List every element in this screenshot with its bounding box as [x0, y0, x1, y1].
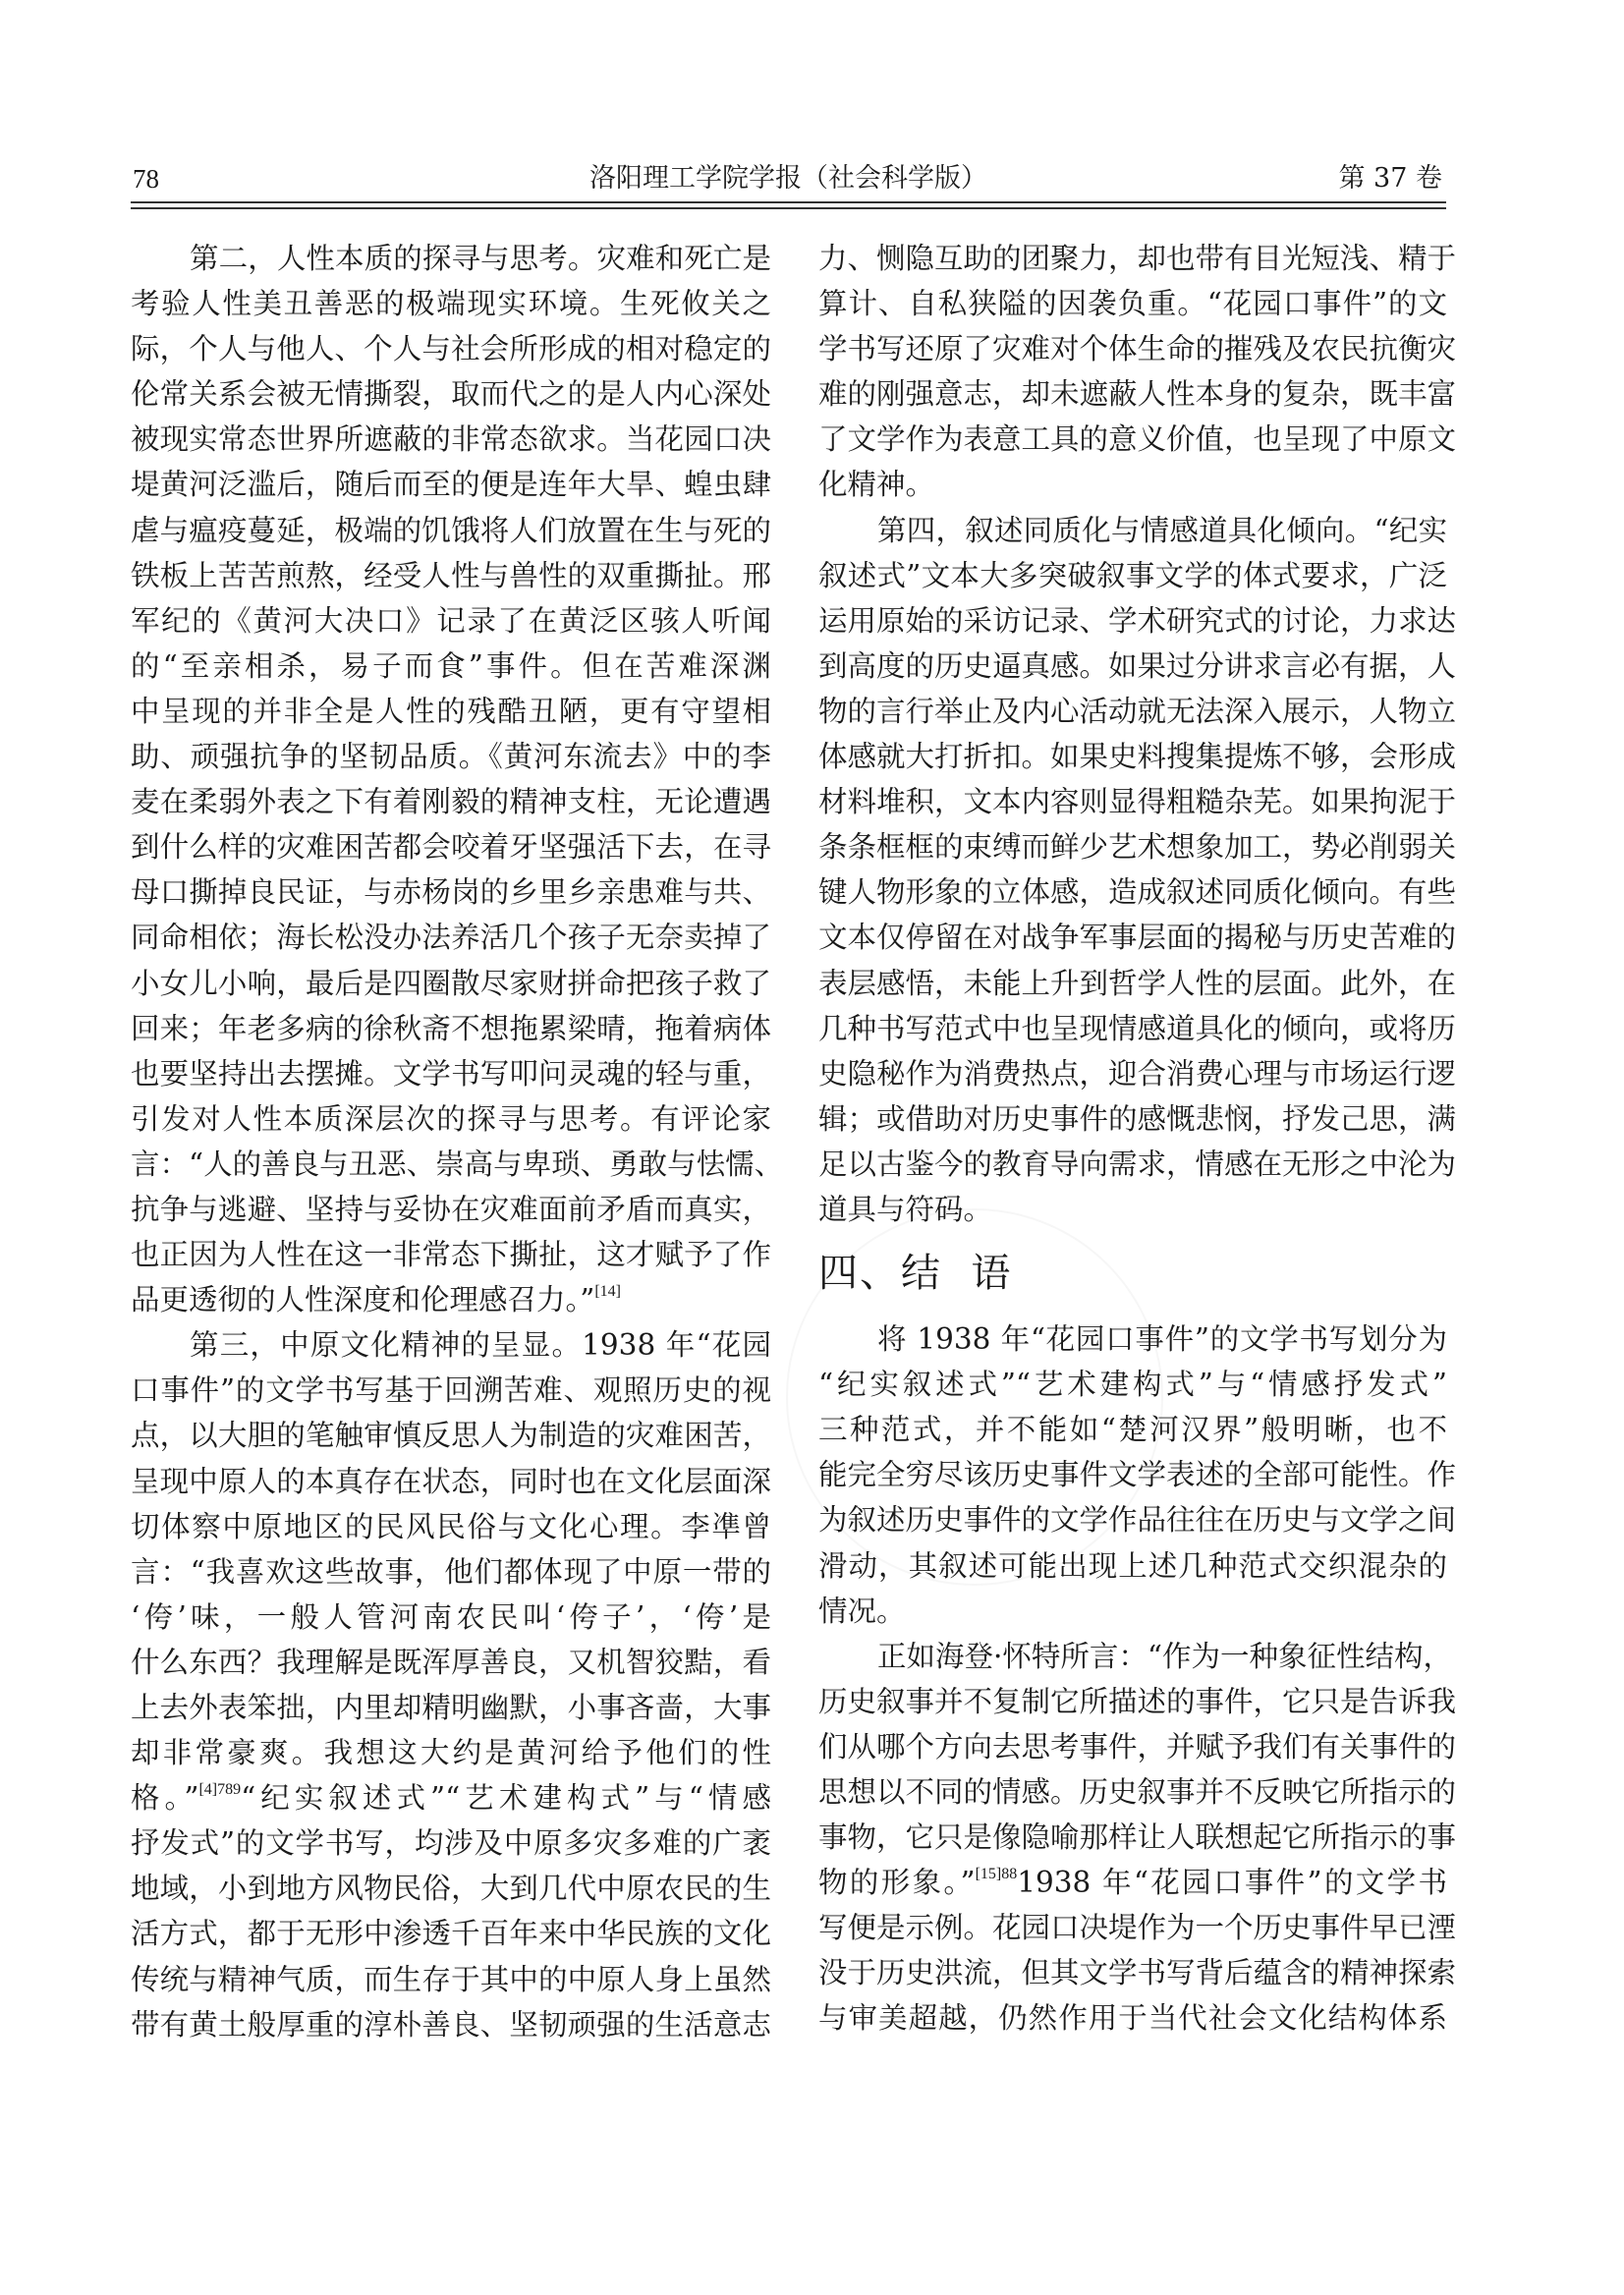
journal-title: 洛阳理工学院学报（社会科学版）: [131, 159, 1446, 198]
line-text: 点，以大胆的笔触审慎反思人为制造的灾难困苦，: [131, 1419, 771, 1452]
line-text: 第四，叙述同质化与情感道具化倾向。“纪实: [877, 514, 1447, 547]
text-line: 滑动，其叙述可能出现上述几种范式交织混杂的: [818, 1543, 1447, 1589]
line-text: 军纪的《黄河大决口》记录了在黄泛区骇人听闻: [131, 604, 771, 638]
line-text: 运用原始的采访记录、学术研究式的讨论，力求达: [818, 604, 1456, 638]
line-text: 情况。: [818, 1595, 906, 1628]
right-column-body-before-heading: 力、恻隐互助的团聚力，却也带有目光短浅、精于算计、自私狭隘的因袭负重。“花园口事…: [818, 236, 1447, 1232]
line-text: 传统与精神气质，而生存于其中的中原人身上虽然: [131, 1963, 771, 1996]
text-line: 虐与瘟疫蔓延，极端的饥饿将人们放置在生与死的: [131, 508, 771, 553]
line-text: 第二，人性本质的探寻与思考。灾难和死亡是: [190, 242, 771, 275]
text-line: 活方式，都于无形中渗透千百年来中华民族的文化: [131, 1911, 771, 1956]
line-text: 将 1938 年“花园口事件”的文学书写划分为: [877, 1322, 1447, 1356]
line-text: 抒发式”的文学书写，均涉及中原多灾多难的广袤: [131, 1826, 771, 1860]
line-text: 什么东西？我理解是既浑厚善良，又机智狡黠，看: [131, 1646, 771, 1679]
text-line: 小女儿小响，最后是四圈散尽家财拼命把孩子救了: [131, 961, 771, 1006]
line-text: 表层感悟，未能上升到哲学人性的层面。此外，在: [818, 967, 1456, 1000]
text-line: 体感就大打折扣。如果史料搜集提炼不够，会形成: [818, 734, 1447, 779]
line-text: 与审美超越，仍然作用于当代社会文化结构体系: [818, 2001, 1447, 2035]
line-text: 正如海登·怀特所言：“作为一种象征性结构，: [877, 1640, 1452, 1673]
line-text: 品更透彻的人性深度和伦理感召力。”: [131, 1283, 594, 1316]
text-line: 中呈现的并非全是人性的残酷丑陋，更有守望相: [131, 689, 771, 734]
line-text: 到什么样的灾难困苦都会咬着牙坚强活下去，在寻: [131, 830, 771, 864]
line-text: 同命相依；海长松没办法养活几个孩子无奈卖掉了: [131, 921, 771, 954]
line-text-after-citation: 1938 年“花园口事件”的文学书: [1017, 1866, 1447, 1899]
line-text: 地域，小到地方风物民俗，大到几代中原农民的生: [131, 1872, 771, 1905]
text-line: 思想以不同的情感。历史叙事并不反映它所指示的: [818, 1769, 1447, 1815]
text-line: 考验人性美丑善恶的极端现实环境。生死攸关之: [131, 281, 771, 326]
text-line: 回来；年老多病的徐秋斋不想拖累梁晴，拖着病体: [131, 1006, 771, 1051]
text-line: 足以古鉴今的教育导向需求，情感在无形之中沦为: [818, 1142, 1447, 1187]
citation-marker: [4]789: [198, 1781, 241, 1798]
text-line: 表层感悟，未能上升到哲学人性的层面。此外，在: [818, 961, 1447, 1006]
line-text: 算计、自私狭隘的因袭负重。“花园口事件”的文: [818, 287, 1447, 320]
text-line: 史隐秘作为消费热点，迎合消费心理与市场运行逻: [818, 1051, 1447, 1096]
line-text: 物的言行举止及内心活动就无法深入展示，人物立: [818, 695, 1456, 728]
line-text: ‘侉’味，一般人管河南农民叫‘侉子’，‘侉’是: [131, 1600, 771, 1634]
text-line: 被现实常态世界所遮蔽的非常态欲求。当花园口决: [131, 417, 771, 462]
line-text: 也正因为人性在这一非常态下撕扯，这才赋予了作: [131, 1238, 771, 1271]
text-line: 难的刚强意志，却未遮蔽人性本身的复杂，既丰富: [818, 371, 1447, 417]
text-line: ‘侉’味，一般人管河南农民叫‘侉子’，‘侉’是: [131, 1595, 771, 1640]
text-line: 言：“我喜欢这些故事，他们都体现了中原一带的: [131, 1549, 771, 1595]
text-line: 写便是示例。花园口决堤作为一个历史事件早已湮: [818, 1905, 1447, 1950]
text-line: 情况。: [818, 1589, 1447, 1634]
line-text: 际，个人与他人、个人与社会所形成的相对稳定的: [131, 332, 771, 365]
text-line: 麦在柔弱外表之下有着刚毅的精神支柱，无论遭遇: [131, 779, 771, 824]
header-rule-top: [131, 201, 1446, 203]
text-line: 到什么样的灾难困苦都会咬着牙坚强活下去，在寻: [131, 824, 771, 869]
line-text: 言：“人的善良与丑恶、崇高与卑琐、勇敢与怯懦、: [131, 1147, 783, 1181]
text-line: 道具与符码。: [818, 1187, 1447, 1232]
text-line: 们从哪个方向去思考事件，并赋予我们有关事件的: [818, 1724, 1447, 1769]
text-line: 也要坚持出去摆摊。文学书写叩问灵魂的轻与重，: [131, 1051, 771, 1096]
line-text-after-citation: “纪实叙述式”“艺术建构式”与“情感: [241, 1781, 771, 1815]
text-line: 铁板上苦苦煎熬，经受人性与兽性的双重撕扯。邢: [131, 553, 771, 598]
text-line: 的“至亲相杀，易子而食”事件。但在苦难深渊: [131, 644, 771, 689]
line-text: 材料堆积，文本内容则显得粗糙杂芜。如果拘泥于: [818, 785, 1456, 818]
text-line: 了文学作为表意工具的意义价值，也呈现了中原文: [818, 417, 1447, 462]
line-text: 的“至亲相杀，易子而食”事件。但在苦难深渊: [131, 649, 771, 683]
text-line: 力、恻隐互助的团聚力，却也带有目光短浅、精于: [818, 236, 1447, 281]
line-text: 难的刚强意志，却未遮蔽人性本身的复杂，既丰富: [818, 377, 1456, 411]
line-text: 小女儿小响，最后是四圈散尽家财拼命把孩子救了: [131, 967, 771, 1000]
text-line: 为叙述历史事件的文学作品往往在历史与文学之间: [818, 1497, 1447, 1542]
line-text: 回来；年老多病的徐秋斋不想拖累梁晴，拖着病体: [131, 1012, 771, 1045]
text-line: 历史叙事并不复制它所描述的事件，它只是告诉我: [818, 1679, 1447, 1724]
text-line: 抒发式”的文学书写，均涉及中原多灾多难的广袤: [131, 1820, 771, 1866]
text-line: 学书写还原了灾难对个体生命的摧残及农民抗衡灾: [818, 326, 1447, 371]
text-line: 母口撕掉良民证，与赤杨岗的乡里乡亲患难与共、: [131, 869, 771, 915]
text-line: 物的形象。”[15]881938 年“花园口事件”的文学书: [818, 1860, 1447, 1905]
text-line: 品更透彻的人性深度和伦理感召力。”[14]: [131, 1277, 771, 1322]
line-text: 了文学作为表意工具的意义价值，也呈现了中原文: [818, 422, 1456, 456]
text-line: 几种书写范式中也呈现情感道具化的倾向，或将历: [818, 1006, 1447, 1051]
line-text: 言：“我喜欢这些故事，他们都体现了中原一带的: [131, 1555, 771, 1589]
line-text: 口事件”的文学书写基于回溯苦难、观照历史的视: [131, 1373, 771, 1407]
line-text: 引发对人性本质深层次的探寻与思考。有评论家: [131, 1102, 771, 1136]
line-text: 伦常关系会被无情撕裂，取而代之的是人内心深处: [131, 377, 771, 411]
line-text: 叙述式”文本大多突破叙事文学的体式要求，广泛: [818, 559, 1447, 592]
text-line: 事物，它只是像隐喻那样让人联想起它所指示的事: [818, 1815, 1447, 1860]
text-line: 也正因为人性在这一非常态下撕扯，这才赋予了作: [131, 1232, 771, 1277]
line-text: 考验人性美丑善恶的极端现实环境。生死攸关之: [131, 287, 771, 320]
line-text: 历史叙事并不复制它所描述的事件，它只是告诉我: [818, 1685, 1456, 1718]
line-text: 母口撕掉良民证，与赤杨岗的乡里乡亲患难与共、: [131, 875, 771, 909]
left-column: 第二，人性本质的探寻与思考。灾难和死亡是考验人性美丑善恶的极端现实环境。生死攸关…: [131, 236, 771, 2047]
line-text: 文本仅停留在对战争军事层面的揭秘与历史苦难的: [818, 921, 1456, 954]
text-line: “纪实叙述式”“艺术建构式”与“情感抒发式”: [818, 1362, 1447, 1407]
text-line: 辑；或借助对历史事件的感慨悲悯，抒发己思，满: [818, 1096, 1447, 1142]
text-line: 地域，小到地方风物民俗，大到几代中原农民的生: [131, 1866, 771, 1911]
line-text: 几种书写范式中也呈现情感道具化的倾向，或将历: [818, 1012, 1456, 1045]
text-line: 与审美超越，仍然作用于当代社会文化结构体系: [818, 1995, 1447, 2041]
line-text: 上去外表笨拙，内里却精明幽默，小事吝啬，大事: [131, 1691, 771, 1724]
text-line: 物的言行举止及内心活动就无法深入展示，人物立: [818, 689, 1447, 734]
text-line: 切体察中原地区的民风民俗与文化心理。李凖曾: [131, 1504, 771, 1549]
line-text: 抗争与逃避、坚持与妥协在灾难面前矛盾而真实，: [131, 1193, 771, 1226]
line-text: 键人物形象的立体感，造成叙述同质化倾向。有些: [818, 875, 1456, 909]
text-line: 能完全穷尽该历史事件文学表述的全部可能性。作: [818, 1452, 1447, 1497]
line-text: 体感就大打折扣。如果史料搜集提炼不够，会形成: [818, 740, 1456, 773]
line-text: 带有黄土般厚重的淳朴善良、坚韧顽强的生活意志: [131, 2008, 771, 2042]
line-text: 事物，它只是像隐喻那样让人联想起它所指示的事: [818, 1820, 1456, 1854]
text-line: 第二，人性本质的探寻与思考。灾难和死亡是: [131, 236, 771, 281]
line-text: 足以古鉴今的教育导向需求，情感在无形之中沦为: [818, 1147, 1456, 1181]
line-text: 辑；或借助对历史事件的感慨悲悯，抒发己思，满: [818, 1102, 1456, 1136]
text-line: 带有黄土般厚重的淳朴善良、坚韧顽强的生活意志: [131, 2002, 771, 2047]
text-line: 引发对人性本质深层次的探寻与思考。有评论家: [131, 1096, 771, 1142]
line-text: 滑动，其叙述可能出现上述几种范式交织混杂的: [818, 1549, 1447, 1583]
text-line: 键人物形象的立体感，造成叙述同质化倾向。有些: [818, 869, 1447, 915]
text-line: 堤黄河泛滥后，随后而至的便是连年大旱、蝗虫肆: [131, 462, 771, 507]
text-line: 点，以大胆的笔触审慎反思人为制造的灾难困苦，: [131, 1413, 771, 1458]
line-text: 物的形象。”: [818, 1866, 976, 1899]
text-line: 文本仅停留在对战争军事层面的揭秘与历史苦难的: [818, 915, 1447, 960]
line-text: 却非常豪爽。我想这大约是黄河给予他们的性: [131, 1736, 771, 1769]
line-text: 们从哪个方向去思考事件，并赋予我们有关事件的: [818, 1730, 1456, 1763]
text-line: 呈现中原人的本真存在状态，同时也在文化层面深: [131, 1459, 771, 1504]
line-text: “纪实叙述式”“艺术建构式”与“情感抒发式”: [818, 1368, 1447, 1401]
text-line: 叙述式”文本大多突破叙事文学的体式要求，广泛: [818, 553, 1447, 598]
line-text: 也要坚持出去摆摊。文学书写叩问灵魂的轻与重，: [131, 1057, 771, 1091]
citation-marker: [14]: [594, 1283, 621, 1300]
header-rule-bottom: [131, 207, 1446, 209]
line-text: 切体察中原地区的民风民俗与文化心理。李凖曾: [131, 1510, 771, 1543]
text-line: 第三，中原文化精神的呈显。1938 年“花园: [131, 1322, 771, 1368]
text-line: 到高度的历史逼真感。如果过分讲求言必有据，人: [818, 644, 1447, 689]
line-text: 活方式，都于无形中渗透千百年来中华民族的文化: [131, 1917, 771, 1950]
line-text: 化精神。: [818, 468, 934, 501]
running-header: 78 洛阳理工学院学报（社会科学版） 第 37 卷: [131, 159, 1446, 198]
text-line: 材料堆积，文本内容则显得粗糙杂芜。如果拘泥于: [818, 779, 1447, 824]
text-line: 抗争与逃避、坚持与妥协在灾难面前矛盾而真实，: [131, 1187, 771, 1232]
line-text: 呈现中原人的本真存在状态，同时也在文化层面深: [131, 1465, 771, 1498]
section-heading: 四、结 语: [818, 1254, 1447, 1293]
right-column: 力、恻隐互助的团聚力，却也带有目光短浅、精于算计、自私狭隘的因袭负重。“花园口事…: [818, 236, 1447, 2042]
line-text: 第三，中原文化精神的呈显。1938 年“花园: [190, 1328, 771, 1362]
text-line: 格。”[4]789“纪实叙述式”“艺术建构式”与“情感: [131, 1775, 771, 1820]
text-line: 第四，叙述同质化与情感道具化倾向。“纪实: [818, 508, 1447, 553]
text-line: 正如海登·怀特所言：“作为一种象征性结构，: [818, 1634, 1447, 1679]
line-text: 思想以不同的情感。历史叙事并不反映它所指示的: [818, 1775, 1456, 1809]
line-text: 史隐秘作为消费热点，迎合消费心理与市场运行逻: [818, 1057, 1456, 1091]
text-line: 运用原始的采访记录、学术研究式的讨论，力求达: [818, 598, 1447, 644]
line-text: 三种范式，并不能如“楚河汉界”般明晰，也不: [818, 1413, 1447, 1446]
line-text: 没于历史洪流，但其文学书写背后蕴含的精神探索: [818, 1956, 1456, 1989]
line-text: 能完全穷尽该历史事件文学表述的全部可能性。作: [818, 1458, 1456, 1491]
citation-marker: [15]88: [976, 1866, 1018, 1882]
text-line: 军纪的《黄河大决口》记录了在黄泛区骇人听闻: [131, 598, 771, 644]
text-line: 算计、自私狭隘的因袭负重。“花园口事件”的文: [818, 281, 1447, 326]
text-line: 伦常关系会被无情撕裂，取而代之的是人内心深处: [131, 371, 771, 417]
line-text: 麦在柔弱外表之下有着刚毅的精神支柱，无论遭遇: [131, 785, 771, 818]
text-line: 上去外表笨拙，内里却精明幽默，小事吝啬，大事: [131, 1685, 771, 1730]
text-line: 言：“人的善良与丑恶、崇高与卑琐、勇敢与怯懦、: [131, 1142, 771, 1187]
volume-label: 第 37 卷: [1338, 159, 1442, 198]
line-text: 虐与瘟疫蔓延，极端的饥饿将人们放置在生与死的: [131, 514, 771, 547]
line-text: 被现实常态世界所遮蔽的非常态欲求。当花园口决: [131, 422, 771, 456]
line-text: 力、恻隐互助的团聚力，却也带有目光短浅、精于: [818, 242, 1456, 275]
text-line: 同命相依；海长松没办法养活几个孩子无奈卖掉了: [131, 915, 771, 960]
text-line: 没于历史洪流，但其文学书写背后蕴含的精神探索: [818, 1950, 1447, 1995]
text-line: 三种范式，并不能如“楚河汉界”般明晰，也不: [818, 1407, 1447, 1452]
line-text: 学书写还原了灾难对个体生命的摧残及农民抗衡灾: [818, 332, 1456, 365]
line-text: 为叙述历史事件的文学作品往往在历史与文学之间: [818, 1503, 1456, 1537]
text-line: 际，个人与他人、个人与社会所形成的相对稳定的: [131, 326, 771, 371]
text-line: 条条框框的束缚而鲜少艺术想象加工，势必削弱关: [818, 824, 1447, 869]
text-line: 却非常豪爽。我想这大约是黄河给予他们的性: [131, 1730, 771, 1775]
line-text: 写便是示例。花园口决堤作为一个历史事件早已湮: [818, 1911, 1456, 1944]
text-line: 将 1938 年“花园口事件”的文学书写划分为: [818, 1316, 1447, 1362]
text-line: 什么东西？我理解是既浑厚善良，又机智狡黠，看: [131, 1640, 771, 1685]
text-line: 口事件”的文学书写基于回溯苦难、观照历史的视: [131, 1368, 771, 1413]
right-column-body-after-heading: 将 1938 年“花园口事件”的文学书写划分为“纪实叙述式”“艺术建构式”与“情…: [818, 1316, 1447, 2042]
text-line: 助、顽强抗争的坚韧品质。《黄河东流去》中的李: [131, 734, 771, 779]
text-line: 传统与精神气质，而生存于其中的中原人身上虽然: [131, 1957, 771, 2002]
line-text: 条条框框的束缚而鲜少艺术想象加工，势必削弱关: [818, 830, 1456, 864]
line-text: 到高度的历史逼真感。如果过分讲求言必有据，人: [818, 649, 1456, 683]
line-text: 助、顽强抗争的坚韧品质。《黄河东流去》中的李: [131, 740, 771, 773]
text-line: 化精神。: [818, 462, 1447, 507]
line-text: 格。”: [131, 1781, 198, 1815]
line-text: 铁板上苦苦煎熬，经受人性与兽性的双重撕扯。邢: [131, 559, 771, 592]
line-text: 中呈现的并非全是人性的残酷丑陋，更有守望相: [131, 695, 771, 728]
line-text: 道具与符码。: [818, 1193, 992, 1226]
line-text: 堤黄河泛滥后，随后而至的便是连年大旱、蝗虫肆: [131, 468, 771, 501]
